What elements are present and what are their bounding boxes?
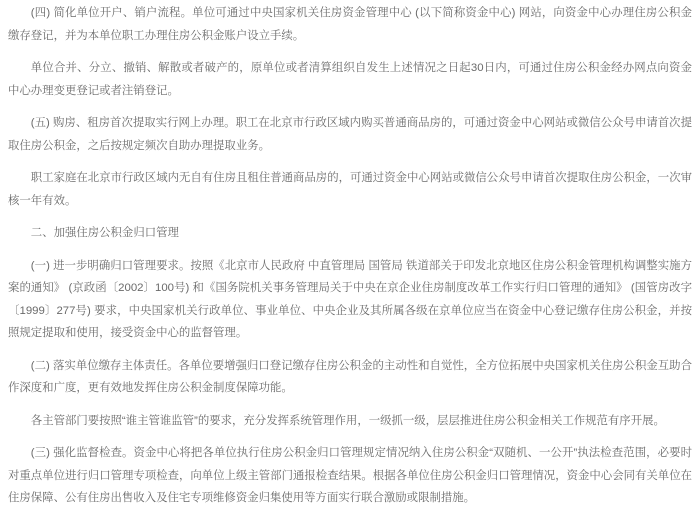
document-body: (四) 简化单位开户、销户流程。单位可通过中央国家机关住房资金管理中心 (以下简… xyxy=(0,0,700,510)
paragraph-8: 各主管部门要按照“谁主管谁监管”的要求，充分发挥系统管理作用，一级抓一级，层层推… xyxy=(8,410,692,433)
paragraph-9: (三) 强化监督检查。资金中心将把各单位执行住房公积金归口管理规定情况纳入住房公… xyxy=(8,442,692,510)
paragraph-3: (五) 购房、租房首次提取实行网上办理。职工在北京市行政区域内购买普通商品房的，… xyxy=(8,112,692,157)
paragraph-6: (一) 进一步明确归口管理要求。按照《北京市人民政府 中直管理局 国管局 铁道部… xyxy=(8,255,692,345)
section-heading: 二、加强住房公积金归口管理 xyxy=(8,222,692,245)
paragraph-7: (二) 落实单位缴存主体责任。各单位要增强归口登记缴存住房公积金的主动性和自觉性… xyxy=(8,355,692,400)
paragraph-1: (四) 简化单位开户、销户流程。单位可通过中央国家机关住房资金管理中心 (以下简… xyxy=(8,2,692,47)
paragraph-2: 单位合并、分立、撤销、解散或者破产的，原单位或者清算组织自发生上述情况之日起30… xyxy=(8,57,692,102)
paragraph-4: 职工家庭在北京市行政区域内无自有住房且租住普通商品房的，可通过资金中心网站或微信… xyxy=(8,167,692,212)
document-page: { "page": { "background_color": "#ffffff… xyxy=(0,0,700,523)
